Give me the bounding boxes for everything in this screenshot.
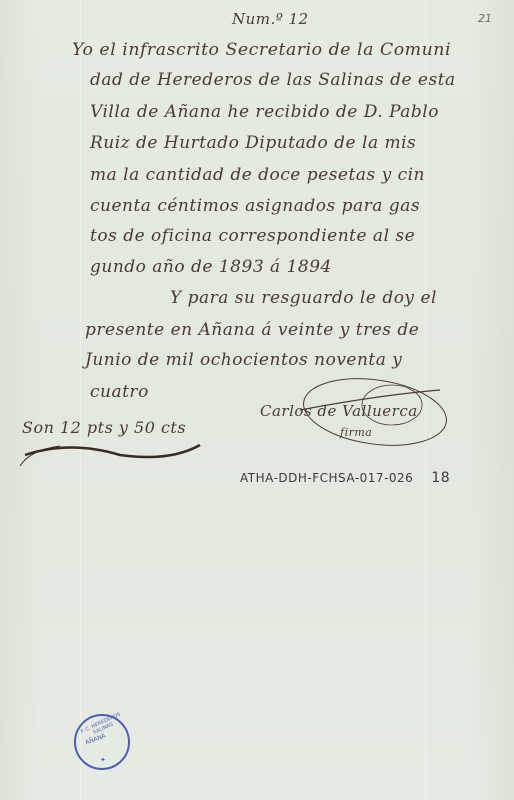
amount-note: Son 12 pts y 50 cts: [22, 418, 186, 437]
body-line: Y para su resguardo le doy el: [170, 288, 437, 308]
body-line: dad de Herederos de las Salinas de esta: [90, 70, 456, 90]
star-icon: ✦: [100, 756, 106, 764]
body-line: presente en Añana á veinte y tres de: [85, 320, 419, 340]
archive-code: ATHA-DDH-FCHSA-017-026: [240, 471, 413, 485]
body-line: Yo el infrascrito Secretario de la Comun…: [72, 40, 451, 60]
signature-right: Carlos de Valluerca: [260, 402, 418, 420]
body-line: ma la cantidad de doce pesetas y cin: [90, 165, 425, 185]
archive-sheet-number: 18: [431, 470, 450, 486]
archive-reference: ATHA-DDH-FCHSA-017-02618: [240, 470, 450, 486]
body-line: cuenta céntimos asignados para gas: [90, 196, 420, 216]
body-line: cuatro: [90, 382, 149, 402]
document-page: Num.º 12 21 Yo el infrascrito Secretario…: [0, 0, 514, 800]
folio-number: 21: [478, 12, 492, 25]
paper-fold: [80, 0, 81, 800]
body-line: gundo año de 1893 á 1894: [90, 257, 332, 277]
signature-rubric-text: firma: [340, 426, 372, 439]
body-line: Villa de Añana he recibido de D. Pablo: [90, 102, 439, 122]
document-number: Num.º 12: [232, 10, 309, 28]
body-line: Junio de mil ochocientos noventa y: [85, 350, 402, 370]
body-line: Ruiz de Hurtado Diputado de la mis: [90, 133, 416, 153]
archive-stamp: F. C. HEREDEROS SALINAS AÑANA ✦: [74, 714, 130, 770]
body-line: tos de oficina correspondiente al se: [90, 226, 415, 246]
